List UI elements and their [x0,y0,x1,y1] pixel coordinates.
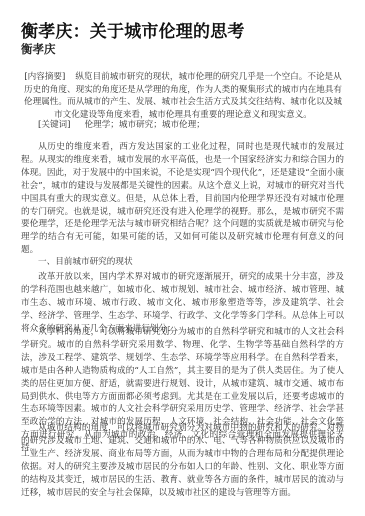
article-title: 衡孝庆：关于城市伦理的思考 [21,17,245,42]
section-heading: 一、目前城市研究的现状 [38,255,133,267]
keywords: [关键词]伦理学；城市研究；城市伦理； [38,118,205,130]
document-page: 衡孝庆：关于城市伦理的思考 衡孝庆 [内容摘要]纵览目前城市研究的现状，城市伦理… [0,0,365,516]
intro-paragraph: 从历史的维度来看，西方发达国家的工业化过程，同时也是现代城市的发展过程。从现实的… [21,141,344,257]
abstract-label: [内容摘要] [24,72,65,82]
article-author: 衡孝庆 [21,41,56,57]
keywords-label: [关键词] [38,120,71,130]
abstract: [内容摘要]纵览目前城市研究的现状，城市伦理的研究几乎是一个空白。不论是从历史的… [22,71,344,121]
keywords-text: 伦理学；城市研究；城市伦理； [85,120,205,130]
abstract-text: 纵览目前城市研究的现状，城市伦理的研究几乎是一个空白。不论是从历史的角度、现实的… [24,72,342,120]
body-paragraph: 从城市结构的角度，可以将城市研究划分为对城市中物的研究和人的研究。对物的研究涉及… [21,422,344,499]
